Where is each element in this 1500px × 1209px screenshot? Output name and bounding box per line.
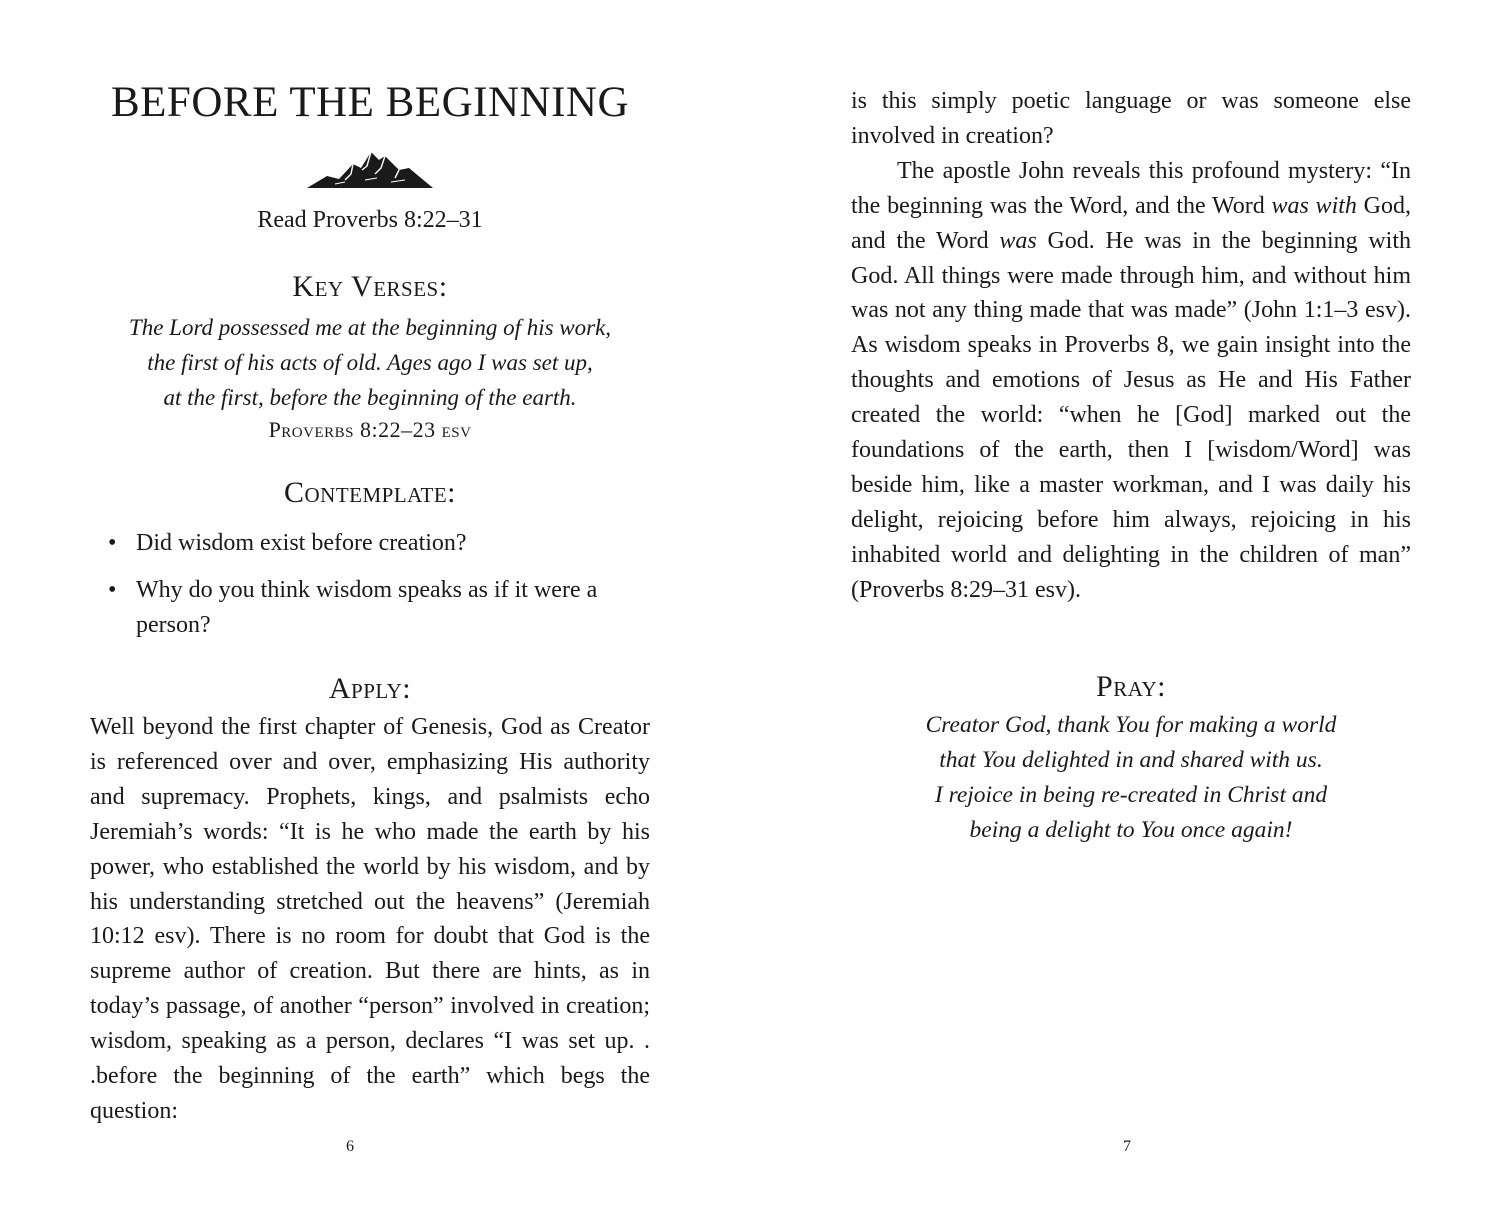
apply-heading: Apply:: [90, 672, 650, 706]
text-segment: God. He was in the beginning with God. A…: [851, 228, 1411, 603]
prayer-text: Creator God, thank You for making a worl…: [851, 708, 1411, 848]
right-page: is this simply poetic language or was so…: [851, 0, 1411, 1209]
continued-text: is this simply poetic language or was so…: [851, 84, 1411, 608]
bullet-icon: •: [108, 526, 116, 561]
prayer-line: being a delight to You once again!: [851, 813, 1411, 848]
italic-segment: was: [999, 228, 1036, 254]
prayer-line: I rejoice in being re-created in Christ …: [851, 778, 1411, 813]
italic-segment: was with: [1271, 193, 1356, 219]
pray-heading: Pray:: [851, 670, 1411, 704]
john-paragraph: The apostle John reveals this profound m…: [851, 154, 1411, 608]
left-page: BEFORE THE BEGINNING Read Proverbs 8:22–…: [90, 0, 650, 1209]
mountain-range-icon: [305, 146, 435, 190]
key-verses-text: The Lord possessed me at the beginning o…: [90, 310, 650, 415]
apply-paragraph: Well beyond the first chapter of Genesis…: [90, 710, 650, 1129]
verse-line: at the first, before the beginning of th…: [90, 380, 650, 415]
verse-line: The Lord possessed me at the beginning o…: [90, 310, 650, 345]
verse-line: the first of his acts of old. Ages ago I…: [90, 345, 650, 380]
apply-text: Well beyond the first chapter of Genesis…: [90, 710, 650, 1129]
contemplate-questions: • Did wisdom exist before creation? • Wh…: [108, 526, 648, 655]
question-item: • Did wisdom exist before creation?: [108, 526, 648, 561]
continuation-paragraph: is this simply poetic language or was so…: [851, 84, 1411, 154]
verse-reference: Proverbs 8:22–23 esv: [90, 417, 650, 443]
question-text: Did wisdom exist before creation?: [136, 530, 467, 556]
key-verses-heading: Key Verses:: [90, 270, 650, 304]
question-item: • Why do you think wisdom speaks as if i…: [108, 573, 648, 643]
prayer-line: Creator God, thank You for making a worl…: [851, 708, 1411, 743]
question-text: Why do you think wisdom speaks as if it …: [136, 577, 597, 638]
page-number: 6: [70, 1138, 630, 1156]
bullet-icon: •: [108, 573, 116, 608]
contemplate-heading: Contemplate:: [90, 476, 650, 510]
chapter-title: BEFORE THE BEGINNING: [90, 78, 650, 127]
page-number: 7: [847, 1138, 1407, 1156]
prayer-line: that You delighted in and shared with us…: [851, 743, 1411, 778]
reading-assignment: Read Proverbs 8:22–31: [90, 207, 650, 234]
